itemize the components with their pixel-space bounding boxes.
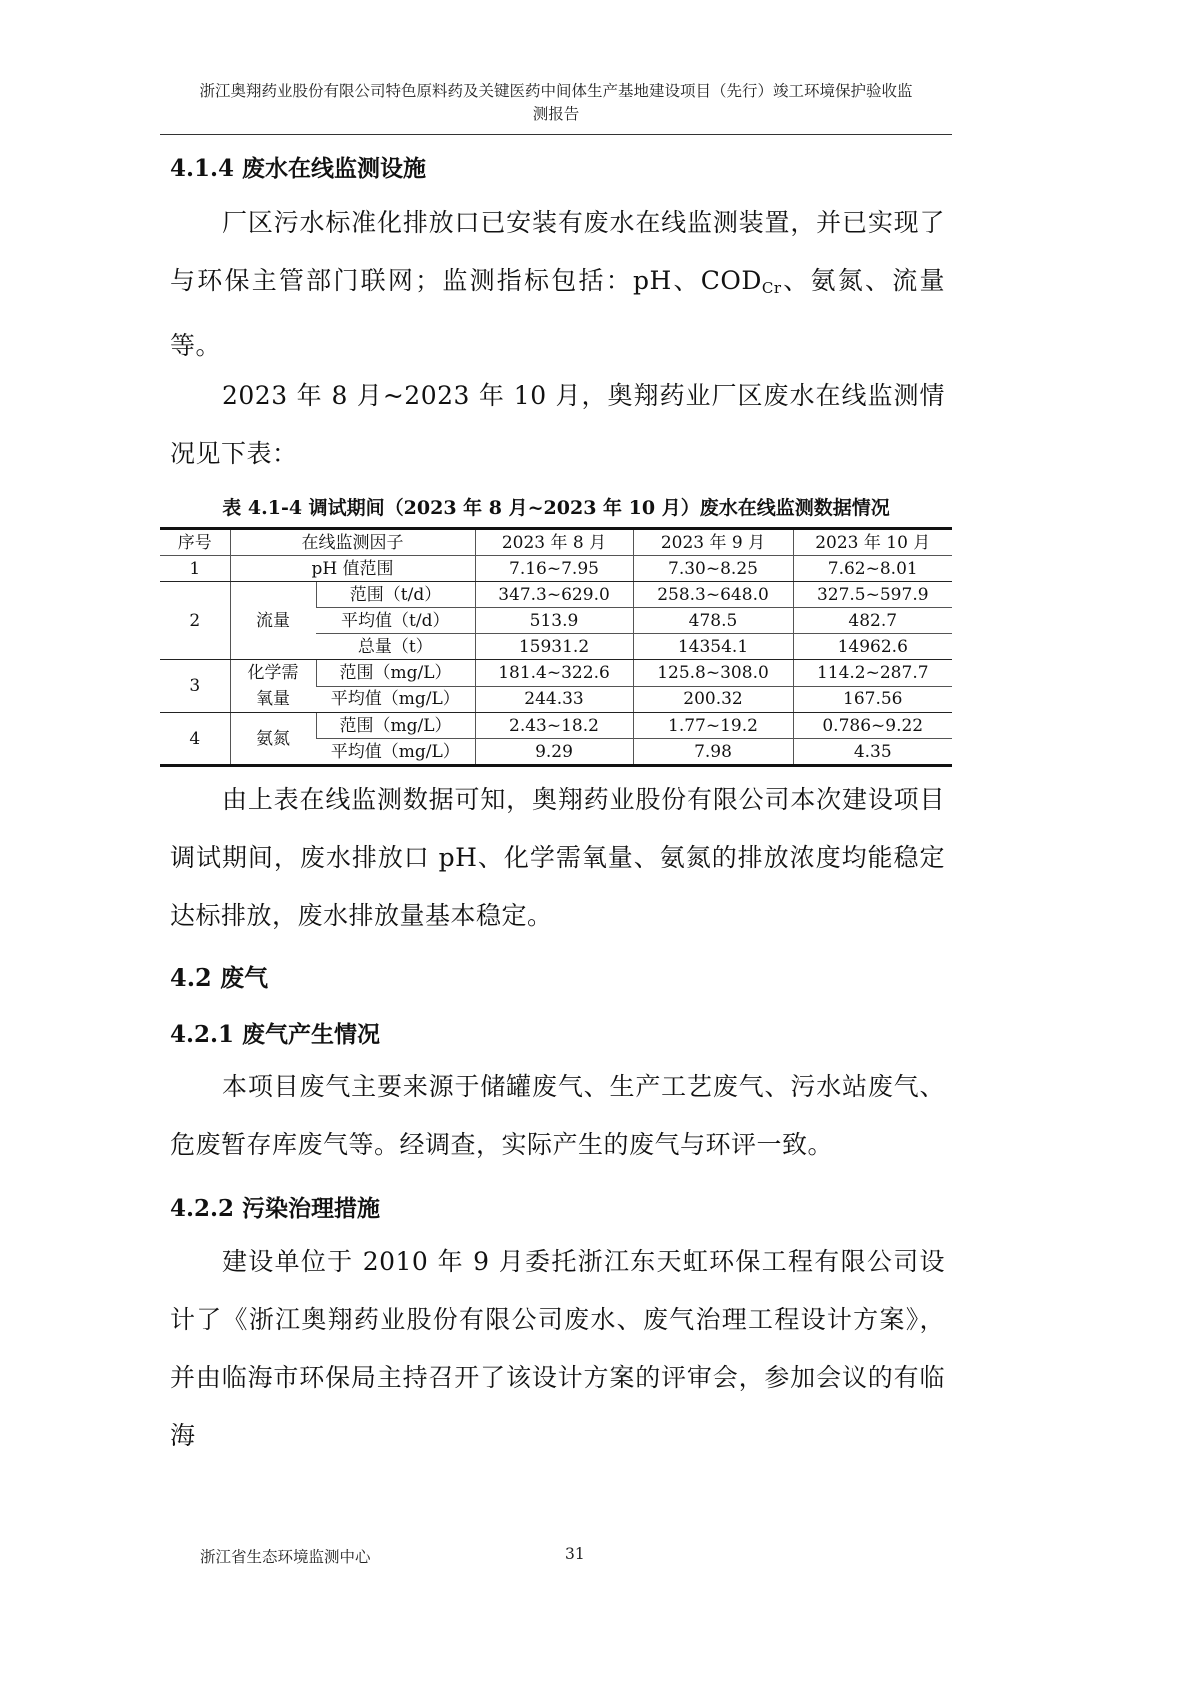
value-cell: 14354.1 xyxy=(633,634,793,660)
footer-organization: 浙江省生态环境监测中心 xyxy=(200,1545,371,1567)
page-number: 31 xyxy=(565,1545,585,1563)
value-cell: 125.8~308.0 xyxy=(633,660,793,687)
section-heading-4-2-2: 4.2.2 污染治理措施 xyxy=(170,1190,380,1223)
value-cell: 4.35 xyxy=(793,739,952,766)
paragraph-conclusion: 由上表在线监测数据可知，奥翔药业股份有限公司本次建设项目调试期间，废水排放口 p… xyxy=(170,771,945,945)
item-cell: 平均值（mg/L） xyxy=(316,686,475,713)
section-heading-4-2-1: 4.2.1 废气产生情况 xyxy=(170,1016,380,1049)
factor-line: 化学需 xyxy=(231,660,316,686)
paragraph-monitoring-facility: 厂区污水标准化排放口已安装有废水在线监测装置，并已实现了与环保主管部门联网；监测… xyxy=(170,194,945,375)
table-row: 3 化学需氧量 范围（mg/L） 181.4~322.6 125.8~308.0… xyxy=(160,660,952,687)
value-cell: 327.5~597.9 xyxy=(793,582,952,608)
row-number: 1 xyxy=(160,556,230,582)
item-cell: 范围（mg/L） xyxy=(316,713,475,739)
section-heading-4-1-4: 4.1.4 废水在线监测设施 xyxy=(170,150,426,183)
wastewater-monitoring-table: 序号 在线监测因子 2023 年 8 月 2023 年 9 月 2023 年 1… xyxy=(160,527,952,767)
table-header-row: 序号 在线监测因子 2023 年 8 月 2023 年 9 月 2023 年 1… xyxy=(160,529,952,556)
header-title-line2: 测报告 xyxy=(160,103,952,126)
row-number: 3 xyxy=(160,660,230,713)
value-cell: 347.3~629.0 xyxy=(475,582,633,608)
factor-cell: 流量 xyxy=(230,582,316,660)
value-cell: 258.3~648.0 xyxy=(633,582,793,608)
value-cell: 167.56 xyxy=(793,686,952,713)
value-cell: 244.33 xyxy=(475,686,633,713)
value-cell: 200.32 xyxy=(633,686,793,713)
value-cell: 114.2~287.7 xyxy=(793,660,952,687)
value-cell: 513.9 xyxy=(475,608,633,634)
value-cell: 478.5 xyxy=(633,608,793,634)
subscript-cr: Cr xyxy=(762,279,782,297)
paragraph-exhaust-sources: 本项目废气主要来源于储罐废气、生产工艺废气、污水站废气、危废暂存库废气等。经调查… xyxy=(170,1058,945,1174)
value-cell: 482.7 xyxy=(793,608,952,634)
row-number: 4 xyxy=(160,713,230,766)
header-cell: 2023 年 10 月 xyxy=(793,529,952,556)
factor-cell: 化学需氧量 xyxy=(230,660,316,713)
table-row: 2 流量 范围（t/d） 347.3~629.0 258.3~648.0 327… xyxy=(160,582,952,608)
header-cell: 序号 xyxy=(160,529,230,556)
value-cell: 7.62~8.01 xyxy=(793,556,952,582)
header-divider xyxy=(160,134,952,135)
value-cell: 14962.6 xyxy=(793,634,952,660)
value-cell: 15931.2 xyxy=(475,634,633,660)
item-cell: 平均值（t/d） xyxy=(316,608,475,634)
section-heading-4-2: 4.2 废气 xyxy=(170,958,268,993)
value-cell: 0.786~9.22 xyxy=(793,713,952,739)
running-header: 浙江奥翔药业股份有限公司特色原料药及关键医药中间体生产基地建设项目（先行）竣工环… xyxy=(160,80,952,126)
item-cell: 范围（t/d） xyxy=(316,582,475,608)
table-row: 1 pH 值范围 7.16~7.95 7.30~8.25 7.62~8.01 xyxy=(160,556,952,582)
header-title-line1: 浙江奥翔药业股份有限公司特色原料药及关键医药中间体生产基地建设项目（先行）竣工环… xyxy=(160,80,952,103)
value-cell: 7.16~7.95 xyxy=(475,556,633,582)
header-cell: 2023 年 9 月 xyxy=(633,529,793,556)
item-cell: 范围（mg/L） xyxy=(316,660,475,687)
item-cell: 平均值（mg/L） xyxy=(316,739,475,766)
value-cell: 1.77~19.2 xyxy=(633,713,793,739)
paragraph-monitoring-period: 2023 年 8 月~2023 年 10 月，奥翔药业厂区废水在线监测情况见下表… xyxy=(170,367,945,483)
header-cell: 在线监测因子 xyxy=(230,529,475,556)
value-cell: 181.4~322.6 xyxy=(475,660,633,687)
row-number: 2 xyxy=(160,582,230,660)
factor-cell: pH 值范围 xyxy=(230,556,475,582)
paragraph-treatment-measures: 建设单位于 2010 年 9 月委托浙江东天虹环保工程有限公司设计了《浙江奥翔药… xyxy=(170,1233,945,1465)
factor-cell: 氨氮 xyxy=(230,713,316,766)
table-caption: 表 4.1-4 调试期间（2023 年 8 月~2023 年 10 月）废水在线… xyxy=(160,493,952,520)
value-cell: 9.29 xyxy=(475,739,633,766)
table-row: 4 氨氮 范围（mg/L） 2.43~18.2 1.77~19.2 0.786~… xyxy=(160,713,952,739)
value-cell: 2.43~18.2 xyxy=(475,713,633,739)
value-cell: 7.30~8.25 xyxy=(633,556,793,582)
factor-line: 氧量 xyxy=(231,686,316,712)
value-cell: 7.98 xyxy=(633,739,793,766)
header-cell: 2023 年 8 月 xyxy=(475,529,633,556)
item-cell: 总量（t） xyxy=(316,634,475,660)
